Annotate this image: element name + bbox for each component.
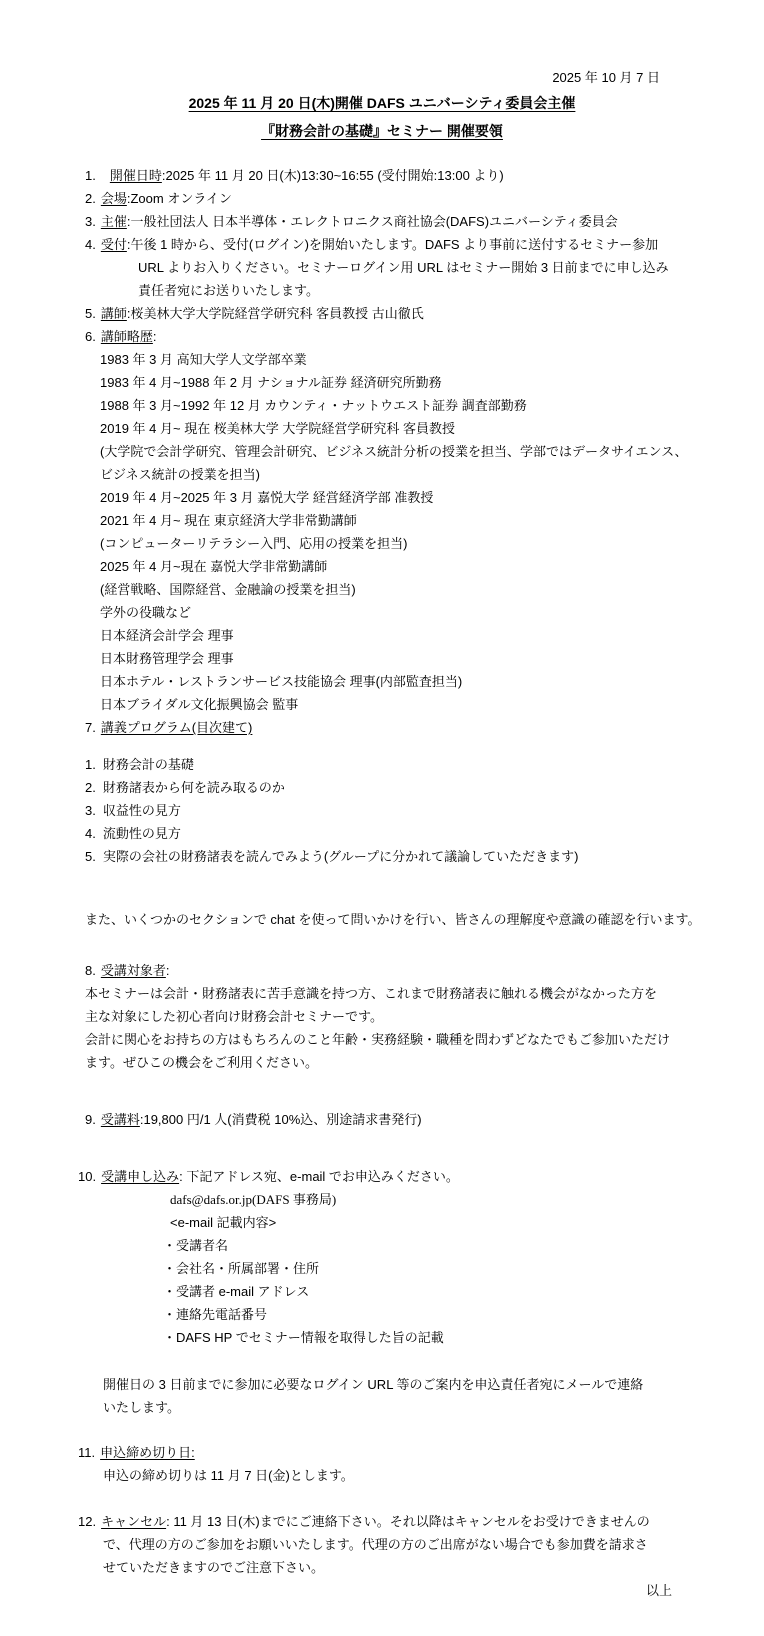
item-2-number: 2. <box>85 191 96 206</box>
doc-title-line2: 『財務会計の基礎』セミナー 開催要領 <box>0 117 764 145</box>
item-6-text: : <box>153 329 157 344</box>
program-item-number: 4. <box>85 826 96 841</box>
item-4-continuation-1: URL よりお入りください。セミナーログイン用 URL はセミナー開始 3 日前… <box>0 256 764 279</box>
program-item-text: 財務諸表から何を読み取るのか <box>103 780 285 795</box>
email-content-bullet: ・連絡先電話番号 <box>0 1303 764 1326</box>
item-4-reception: 4.受付:午後 1 時から、受付(ログイン)を開始いたします。DAFS より事前… <box>0 233 764 256</box>
item-6-lecturer-bio: 6.講師略歴: <box>0 325 764 348</box>
item-12-number: 12. <box>78 1514 96 1529</box>
closing-text: 以上 <box>0 1579 764 1602</box>
item-3-label: 主催 <box>101 214 127 229</box>
spacer <box>0 1074 764 1108</box>
item-10-number: 10. <box>78 1169 96 1184</box>
item-10-application: 10.受講申し込み: 下記アドレス宛、e-mail でお申込みください。 <box>0 1165 764 1188</box>
item-6-number: 6. <box>85 329 96 344</box>
program-item-number: 1. <box>85 757 96 772</box>
email-content-bullet: ・会社名・所属部署・住所 <box>0 1257 764 1280</box>
program-item-number: 5. <box>85 849 96 864</box>
item-2-text: :Zoom オンライン <box>127 191 232 206</box>
email-content-bullet: ・DAFS HP でセミナー情報を取得した旨の記載 <box>0 1326 764 1349</box>
item-8-body-line: ます。ぜひこの機会をご利用ください。 <box>0 1051 764 1074</box>
bio-line: 学外の役職など <box>0 601 764 624</box>
item-12-text: : 11 月 13 日(木)までにご連絡下さい。それ以降はキャンセルをお受けでき… <box>166 1514 650 1529</box>
item-8-target-audience: 8.受講対象者: <box>0 959 764 982</box>
program-item: 5.実際の会社の財務諸表を読んでみよう(グループに分かれて議論していただきます) <box>0 845 764 868</box>
bio-line: 2019 年 4 月~ 現在 桜美林大学 大学院経営学研究科 客員教授 <box>0 417 764 440</box>
item-3-organizer: 3.主催:一般社団法人 日本半導体・エレクトロニクス商社協会(DAFS)ユニバー… <box>0 210 764 233</box>
program-item-text: 実際の会社の財務諸表を読んでみよう(グループに分かれて議論していただきます) <box>103 849 579 864</box>
program-item: 2.財務諸表から何を読み取るのか <box>0 776 764 799</box>
program-item-text: 流動性の見方 <box>103 826 181 841</box>
item-11-number: 11. <box>78 1445 95 1460</box>
item-5-text: :桜美林大学大学院経営学研究科 客員教授 古山徹氏 <box>127 306 424 321</box>
login-url-note-line-2: いたします。 <box>0 1396 764 1419</box>
bio-line: 1983 年 3 月 高知大学人文学部卒業 <box>0 348 764 371</box>
item-11-body: 申込の締め切りは 11 月 7 日(金)とします。 <box>0 1464 764 1487</box>
bio-line: (大学院で会計学研究、管理会計研究、ビジネス統計分析の授業を担当、学部ではデータ… <box>0 440 764 463</box>
item-9-label: 受講料 <box>101 1112 140 1127</box>
bio-line: 2025 年 4 月~現在 嘉悦大学非常勤講師 <box>0 555 764 578</box>
item-8-text: : <box>166 963 170 978</box>
item-9-number: 9. <box>85 1112 96 1127</box>
item-7-program-heading: 7.講義プログラム(目次建て) <box>0 716 764 739</box>
spacer <box>0 868 764 908</box>
doc-title-line1: 2025 年 11 月 20 日(木)開催 DAFS ユニバーシティ委員会主催 <box>0 89 764 117</box>
bio-line: 日本経済会計学会 理事 <box>0 624 764 647</box>
item-4-number: 4. <box>85 237 96 252</box>
program-item-number: 2. <box>85 780 96 795</box>
login-url-note-line-1: 開催日の 3 日前までに参加に必要なログイン URL 等のご案内を申込責任者宛に… <box>0 1373 764 1396</box>
bio-line: 1988 年 3 月~1992 年 12 月 カウンティ・ナットウエスト証券 調… <box>0 394 764 417</box>
program-item-text: 収益性の見方 <box>103 803 181 818</box>
item-8-label: 受講対象者 <box>101 963 166 978</box>
email-content-bullet: ・受講者名 <box>0 1234 764 1257</box>
doc-title-line1-text: 2025 年 11 月 20 日(木)開催 DAFS ユニバーシティ委員会主催 <box>189 95 576 111</box>
email-content-bullet: ・受講者 e-mail アドレス <box>0 1280 764 1303</box>
item-4-text: :午後 1 時から、受付(ログイン)を開始いたします。DAFS より事前に送付す… <box>127 237 658 252</box>
item-1-text: :2025 年 11 月 20 日(木)13:30~16:55 (受付開始:13… <box>162 168 504 183</box>
doc-date: 2025 年 10 月 7 日 <box>0 66 764 89</box>
item-8-body-line: 主な対象にした初心者向け財務会計セミナーです。 <box>0 1005 764 1028</box>
bio-line: ビジネス統計の授業を担当) <box>0 463 764 486</box>
item-2-venue: 2.会場:Zoom オンライン <box>0 187 764 210</box>
item-10-text: : 下記アドレス宛、e-mail でお申込みください。 <box>179 1169 459 1184</box>
item-12-continuation-1: で、代理の方のご参加をお願いいたします。代理の方のご出席がない場合でも参加費を請… <box>0 1533 764 1556</box>
item-4-label: 受付 <box>101 237 127 252</box>
bio-line: (コンピューターリテラシー入門、応用の授業を担当) <box>0 532 764 555</box>
item-11-label: 申込締め切り日: <box>100 1445 195 1460</box>
program-item: 4.流動性の見方 <box>0 822 764 845</box>
item-12-continuation-2: せていただきますのでご注意下さい。 <box>0 1556 764 1579</box>
item-5-lecturer: 5.講師:桜美林大学大学院経営学研究科 客員教授 古山徹氏 <box>0 302 764 325</box>
item-1-label: 開催日時 <box>110 168 162 183</box>
item-10-label: 受講申し込み <box>101 1169 179 1184</box>
program-item: 3.収益性の見方 <box>0 799 764 822</box>
bio-line: 日本ホテル・レストランサービス技能協会 理事(内部監査担当) <box>0 670 764 693</box>
item-12-cancellation: 12.キャンセル: 11 月 13 日(木)までにご連絡下さい。それ以降はキャン… <box>0 1510 764 1533</box>
doc-title-line2-text: 『財務会計の基礎』セミナー 開催要領 <box>261 123 503 139</box>
item-8-body-line: 本セミナーは会計・財務諸表に苦手意識を持つ方、これまで財務諸表に触れる機会がなか… <box>0 982 764 1005</box>
item-6-label: 講師略歴 <box>101 329 153 344</box>
program-item: 1.財務会計の基礎 <box>0 753 764 776</box>
item-9-fee: 9.受講料:19,800 円/1 人(消費税 10%込、別途請求書発行) <box>0 1108 764 1131</box>
program-item-number: 3. <box>85 803 96 818</box>
item-2-label: 会場 <box>101 191 127 206</box>
application-email-address: dafs@dafs.or.jp(DAFS 事務局) <box>0 1188 764 1211</box>
spacer <box>0 739 764 753</box>
email-contents-heading: <e-mail 記載内容> <box>0 1211 764 1234</box>
item-1-venue-datetime: 1.開催日時:2025 年 11 月 20 日(木)13:30~16:55 (受… <box>0 164 764 187</box>
item-8-number: 8. <box>85 963 96 978</box>
item-7-label: 講義プログラム(目次建て) <box>101 720 253 735</box>
bio-line: 日本ブライダル文化振興協会 監事 <box>0 693 764 716</box>
spacer <box>0 145 764 164</box>
item-9-text: :19,800 円/1 人(消費税 10%込、別途請求書発行) <box>140 1112 422 1127</box>
bio-line: 2019 年 4 月~2025 年 3 月 嘉悦大学 経営経済学部 准教授 <box>0 486 764 509</box>
spacer <box>0 931 764 959</box>
item-11-deadline: 11.申込締め切り日: <box>0 1441 764 1464</box>
item-3-number: 3. <box>85 214 96 229</box>
item-4-continuation-2: 責任者宛にお送りいたします。 <box>0 279 764 302</box>
spacer <box>0 1131 764 1165</box>
item-5-number: 5. <box>85 306 96 321</box>
item-1-number: 1. <box>85 168 96 183</box>
spacer <box>0 1349 764 1373</box>
spacer <box>0 1487 764 1510</box>
item-8-body-line: 会計に関心をお持ちの方はもちろんのこと年齢・実務経験・職種を問わずどなたでもご参… <box>0 1028 764 1051</box>
bio-line: 2021 年 4 月~ 現在 東京経済大学非常勤講師 <box>0 509 764 532</box>
item-12-label: キャンセル <box>101 1514 166 1529</box>
bio-line: 1983 年 4 月~1988 年 2 月 ナショナル証券 経済研究所勤務 <box>0 371 764 394</box>
item-7-number: 7. <box>85 720 96 735</box>
bio-line: 日本財務管理学会 理事 <box>0 647 764 670</box>
item-5-label: 講師 <box>101 306 127 321</box>
bio-line: (経営戦略、国際経営、金融論の授業を担当) <box>0 578 764 601</box>
chat-note: また、いくつかのセクションで chat を使って問いかけを行い、皆さんの理解度や… <box>0 908 764 931</box>
document-page: 2025 年 10 月 7 日 2025 年 11 月 20 日(木)開催 DA… <box>0 0 764 1636</box>
item-3-text: :一般社団法人 日本半導体・エレクトロニクス商社協会(DAFS)ユニバーシティ委… <box>127 214 618 229</box>
spacer <box>0 1419 764 1441</box>
program-item-text: 財務会計の基礎 <box>103 757 194 772</box>
